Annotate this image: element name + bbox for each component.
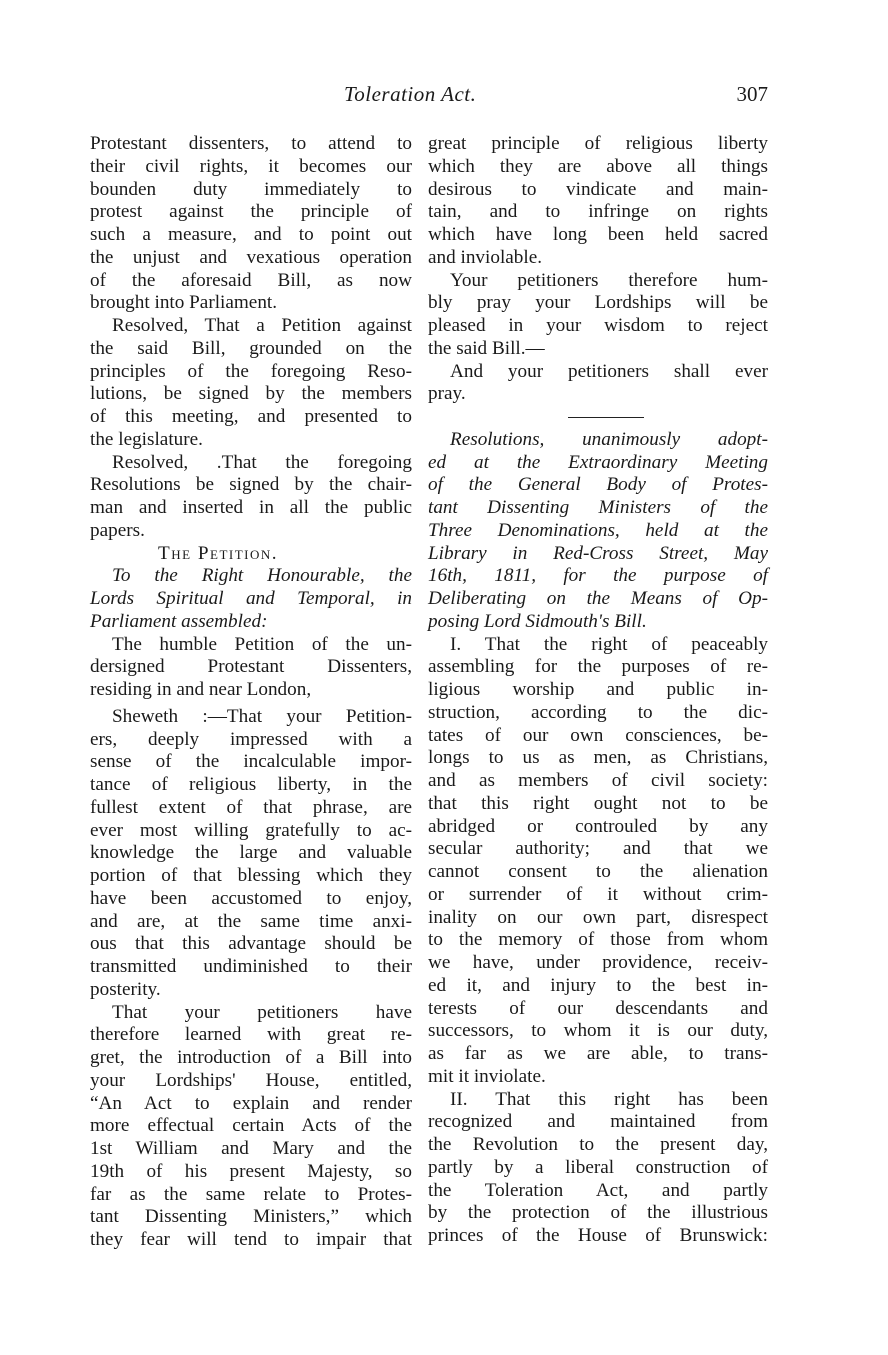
text-line: That your petitioners have [90,1002,412,1025]
text-line: pleased in your wisdom to reject [428,315,768,338]
text-line: we have, under providence, receiv- [428,952,768,975]
text-line: therefore learned with great re- [90,1024,412,1047]
text-line: of the General Body of Protes- [428,474,768,497]
text-line: tain, and to infringe on rights [428,201,768,224]
text-line: far as the same relate to Protes- [90,1184,412,1207]
text-line: Resolved, .That the foregoing [90,452,412,475]
text-line: have been accustomed to enjoy, [90,888,412,911]
text-line: Parliament assembled: [90,611,412,634]
text-line: I. That the right of peaceably [428,634,768,657]
text-line: struction, according to the dic- [428,702,768,725]
text-line: such a measure, and to point out [90,224,412,247]
text-line: ever most willing gratefully to ac- [90,820,412,843]
text-line: your Lordships' House, entitled, [90,1070,412,1093]
text-line: abridged or controuled by any [428,816,768,839]
text-line: the said Bill, grounded on the [90,338,412,361]
text-line: the legislature. [90,429,412,452]
text-line: by the protection of the illustrious [428,1202,768,1225]
text-line: pray. [428,383,768,406]
text-line: and inviolable. [428,247,768,270]
section-divider [428,406,768,429]
text-line: 1st William and Mary and the [90,1138,412,1161]
text-line: which they are above all things [428,156,768,179]
text-line: to the memory of those from whom [428,929,768,952]
text-line: the said Bill.— [428,338,768,361]
text-line: Resolutions, unanimously adopt- [428,429,768,452]
text-line: assembling for the purposes of re- [428,656,768,679]
text-line: tant Dissenting Ministers of the [428,497,768,520]
text-line: tance of religious liberty, in the [90,774,412,797]
text-line: And your petitioners shall ever [428,361,768,384]
text-line: Your petitioners therefore hum- [428,270,768,293]
text-line: successors, to whom it is our duty, [428,1020,768,1043]
text-line: and as members of civil society: [428,770,768,793]
text-line: the Toleration Act, and partly [428,1180,768,1203]
text-line: longs to us as men, as Christians, [428,747,768,770]
text-line: sense of the incalculable impor- [90,751,412,774]
text-line: dersigned Protestant Dissenters, [90,656,412,679]
text-line: cannot consent to the alienation [428,861,768,884]
text-line: of the aforesaid Bill, as now [90,270,412,293]
text-line: Resolutions be signed by the chair- [90,474,412,497]
text-line: terests of our descendants and [428,998,768,1021]
text-line: residing in and near London, [90,679,412,702]
text-line: princes of the House of Brunswick: [428,1225,768,1248]
text-line: ed at the Extraordinary Meeting [428,452,768,475]
text-line: Lords Spiritual and Temporal, in [90,588,412,611]
right-column: great principle of religious liberty whi… [428,133,768,1248]
text-line: man and inserted in all the public [90,497,412,520]
text-line: the Revolution to the present day, [428,1134,768,1157]
text-line: recognized and maintained from [428,1111,768,1134]
text-line: Resolved, That a Petition against [90,315,412,338]
text-line: ers, deeply impressed with a [90,729,412,752]
text-line: posterity. [90,979,412,1002]
text-line: or surrender of it without crim- [428,884,768,907]
text-line: which have long been held sacred [428,224,768,247]
text-line: posing Lord Sidmouth's Bill. [428,611,768,634]
text-line: brought into Parliament. [90,292,412,315]
text-line: principles of the foregoing Reso- [90,361,412,384]
text-line: The humble Petition of the un- [90,634,412,657]
text-line: gret, the introduction of a Bill into [90,1047,412,1070]
text-line: tates of our own consciences, be- [428,725,768,748]
text-line: ed it, and injury to the best in- [428,975,768,998]
text-line: inality on our own part, disrespect [428,907,768,930]
text-line: desirous to vindicate and main- [428,179,768,202]
text-line: transmitted undiminished to their [90,956,412,979]
text-line: great principle of religious liberty [428,133,768,156]
text-line: their civil rights, it becomes our [90,156,412,179]
text-line: they fear will tend to impair that [90,1229,412,1252]
text-line: protest against the principle of [90,201,412,224]
text-line: Sheweth :—That your Petition- [90,706,412,729]
text-line: and are, at the same time anxi- [90,911,412,934]
running-title: Toleration Act. [344,82,476,107]
text-line: portion of that blessing which they [90,865,412,888]
text-line: fullest extent of that phrase, are [90,797,412,820]
text-line: more effectual certain Acts of the [90,1115,412,1138]
section-heading-petition: The Petition. [90,543,412,566]
text-line: II. That this right has been [428,1089,768,1112]
text-line: Protestant dissenters, to attend to [90,133,412,156]
text-line: as far as we are able, to trans- [428,1043,768,1066]
page-header: Toleration Act. 307 [90,82,768,110]
text-line: 16th, 1811, for the purpose of [428,565,768,588]
text-line: knowledge the large and valuable [90,842,412,865]
text-line: lutions, be signed by the members [90,383,412,406]
page-number: 307 [737,82,769,107]
text-line: papers. [90,520,412,543]
text-line: To the Right Honourable, the [90,565,412,588]
text-line: 19th of his present Majesty, so [90,1161,412,1184]
left-column: Protestant dissenters, to attend to thei… [90,133,412,1252]
text-line: ligious worship and public in- [428,679,768,702]
text-line: tant Dissenting Ministers,” which [90,1206,412,1229]
text-line: secular authority; and that we [428,838,768,861]
text-line: bounden duty immediately to [90,179,412,202]
text-line: ous that this advantage should be [90,933,412,956]
text-line: the unjust and vexatious operation [90,247,412,270]
text-line: that this right ought not to be [428,793,768,816]
text-line: partly by a liberal construction of [428,1157,768,1180]
text-line: Three Denominations, held at the [428,520,768,543]
text-line: of this meeting, and presented to [90,406,412,429]
text-line: bly pray your Lordships will be [428,292,768,315]
text-line: Deliberating on the Means of Op- [428,588,768,611]
text-line: Library in Red-Cross Street, May [428,543,768,566]
text-line: “An Act to explain and render [90,1093,412,1116]
text-line: mit it inviolate. [428,1066,768,1089]
